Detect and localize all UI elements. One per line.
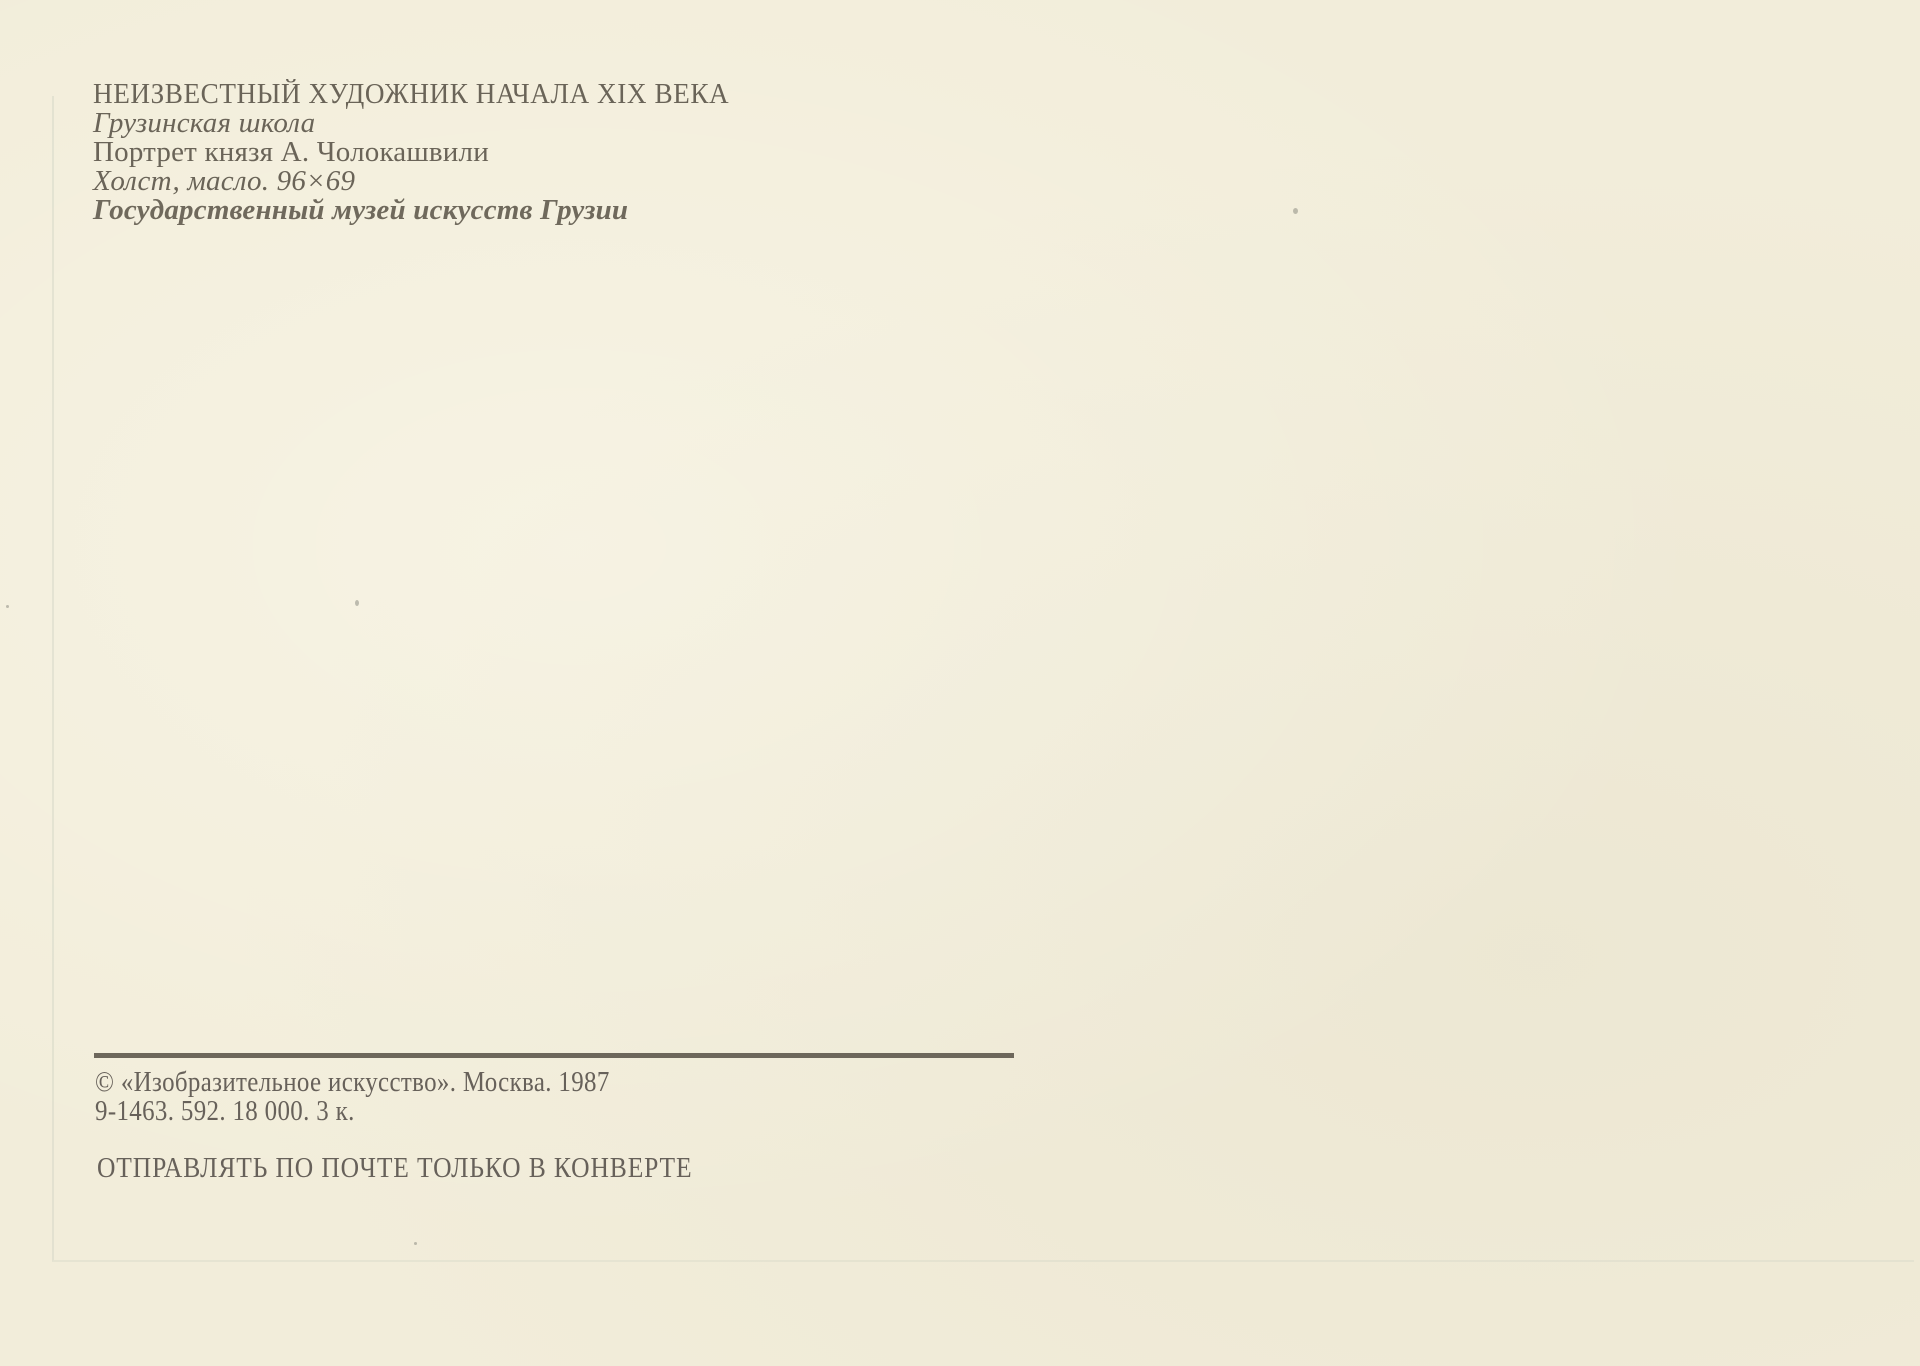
publisher-line: © «Изобразительное искусство». Москва. 1… [95, 1068, 955, 1097]
artwork-title: Портрет князя А. Чолокашвили [93, 138, 1093, 167]
artwork-medium-size: Холст, масло. 96×69 [93, 167, 1093, 196]
print-info: 9-1463. 592. 18 000. 3 к. [95, 1097, 955, 1126]
art-school: Грузинская школа [93, 109, 1093, 138]
artwork-caption: НЕИЗВЕСТНЫЙ ХУДОЖНИК НАЧАЛА XIX ВЕКА Гру… [93, 80, 1093, 225]
mailing-notice: ОТПРАВЛЯТЬ ПО ПОЧТЕ ТОЛЬКО В КОНВЕРТЕ [97, 1152, 692, 1184]
paper-speck [414, 1242, 417, 1245]
paper-speck [6, 605, 9, 608]
postcard-paper: НЕИЗВЕСТНЫЙ ХУДОЖНИК НАЧАЛА XIX ВЕКА Гру… [0, 0, 1920, 1366]
paper-speck [355, 600, 359, 606]
artist-name: НЕИЗВЕСТНЫЙ ХУДОЖНИК НАЧАЛА XIX ВЕКА [93, 80, 1063, 109]
paper-speck [1293, 208, 1298, 214]
publisher-imprint: © «Изобразительное искусство». Москва. 1… [95, 1068, 1095, 1126]
collection-name: Государственный музей искусств Грузии [93, 196, 1093, 225]
divider-rule [94, 1053, 1014, 1058]
